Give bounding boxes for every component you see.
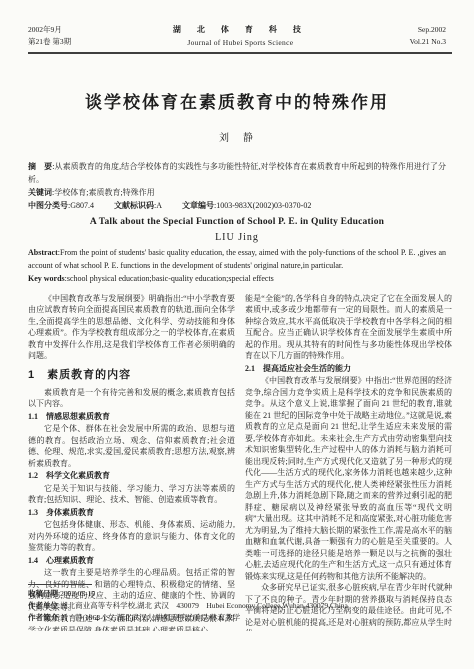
footnote-block: 收稿日期:2002-05-10 作者单位:湖北商业高等专科学校,湖北 武汉 43… [28,584,448,624]
body-paragraph: 素质教育是一个有待完善和发展的概念,素质教育包括以下内容。 [28,387,235,410]
header-date-cn: 2002年9月 [28,24,71,36]
footnote-divider [28,584,92,585]
received-date-value: :2002-05-10 [58,589,95,598]
article-id-value: :1003-983X(2002)03-0370-02 [214,201,311,210]
keywords-en: Key words:school physical education;basi… [28,272,446,285]
keywords-label-en: Key words [28,274,65,283]
author-bio-value: :刘 静(1963-),女,湖北武汉人,讲师,研究方向为体育教学 [58,613,240,622]
keywords-label-cn: 关键词 [28,188,52,197]
article-author-en: LIU Jing [28,231,446,244]
article-id: 文章编号:1003-983X(2002)03-0370-02 [182,201,311,210]
abstract-cn: 摘 要:从素质教育的角度,结合学校体育的实践性与多功能性特征,对学校体育在素质教… [28,160,446,186]
affiliation-value: :湖北商业高等专科学校,湖北 武汉 430079 Hubei Economy C… [58,601,348,610]
header-volume-cn: 第21卷 第3期 [28,36,71,48]
body-left-column: 《中国教育改革与发展纲要》明确指出:“中小学教育要由应试教育转向全面提高国民素质… [28,293,235,631]
body-paragraph: 《中国教育改革与发展纲要》明确指出:“中小学教育要由应试教育转向全面提高国民素质… [28,293,235,362]
keywords-text-en: :school physical education;basic-quality… [65,274,274,283]
journal-header: 2002年9月 第21卷 第3期 湖 北 体 育 科 技 Journal of … [28,24,446,49]
received-date-label: 收稿日期 [28,589,58,598]
clc-value: :G807.4 [68,201,94,210]
author-bio-label: 作者简介 [28,613,58,622]
section-heading: 1 素质教育的内容 [28,368,235,382]
body-paragraph: 它是个体、群体在社会发展中所需的政治、思想与道德的教育。包括政治立场、观念、信仰… [28,423,235,469]
section-heading: 2.1 提高适应社会生活的能力 [245,363,452,375]
chinese-meta-block: 摘 要:从素质教育的角度,结合学校体育的实践性与多功能性特征,对学校体育在素质教… [28,160,446,212]
affiliation-line: 作者单位:湖北商业高等专科学校,湖北 武汉 430079 Hubei Econo… [28,600,448,612]
abstract-text-cn: :从素质教育的角度,结合学校体育的实践性与多功能性特征,对学校体育在素质教育中所… [28,162,446,184]
header-volume-en: Vol.21 No.3 [410,36,446,48]
article-title: 谈学校体育在素质教育中的特殊作用 [28,88,446,113]
article-id-label: 文章编号 [182,201,214,210]
article-title-en: A Talk about the Special Function of Sch… [28,216,446,229]
received-date-line: 收稿日期:2002-05-10 [28,588,448,600]
keywords-cn: 关键词:学校体育;素质教育;特殊作用 [28,186,446,199]
journal-title-cn: 湖 北 体 育 科 技 [173,24,308,37]
doc-code-label: 文献标识码 [114,201,154,210]
body-paragraph: 它是关于知识与技能、学习能力、学习方法等素质的教育;包括知识、理论、技术、智能、… [28,483,235,506]
article-body: 《中国教育改革与发展纲要》明确指出:“中小学教育要由应试教育转向全面提高国民素质… [28,293,452,631]
body-paragraph: 能是“全能”的,各学科自身的特点,决定了它在全面发展人的素质中,或多或少地都带有… [245,293,452,362]
abstract-text-en: :From the point of students' basic quali… [28,248,446,270]
english-meta-block: A Talk about the Special Function of Sch… [28,216,446,285]
section-heading: 1.2 科学文化素质教育 [28,470,235,482]
header-issue-info-en: Sep.2002 Vol.21 No.3 [410,24,446,48]
journal-title-en: Journal of Hubei Sports Science [173,37,308,49]
body-paragraph: 《中国教育改革与发展纲要》中指出:“世界范围的经济竞争,综合国力竞争实质上是科学… [245,375,452,582]
header-issue-info-cn: 2002年9月 第21卷 第3期 [28,24,71,48]
document-code: 文献标识码:A [114,201,162,210]
abstract-label-en: Abstract [28,248,58,257]
article-author: 刘 静 [0,129,474,144]
section-heading: 1.4 心理素质教育 [28,555,235,567]
affiliation-label: 作者单位 [28,601,58,610]
abstract-en: Abstract:From the point of students' bas… [28,246,446,272]
clc-label: 中图分类号 [28,201,68,210]
header-journal-name: 湖 北 体 育 科 技 Journal of Hubei Sports Scie… [173,24,308,49]
journal-page: 2002年9月 第21卷 第3期 湖 北 体 育 科 技 Journal of … [0,0,474,669]
classification-line: 中图分类号:G807.4 文献标识码:A 文章编号:1003-983X(2002… [28,199,446,212]
body-paragraph: 它包括身体健康、形态、机能、身体素质、运动能力,对内外环境的适应、终身体育的意识… [28,519,235,554]
section-heading: 1.3 身体素质教育 [28,507,235,519]
section-heading: 1.1 情感思想素质教育 [28,411,235,423]
body-right-column: 能是“全能”的,各学科自身的特点,决定了它在全面发展人的素质中,或多或少地都带有… [245,293,452,631]
abstract-label-cn: 摘 要 [28,162,52,171]
doc-code-value: :A [154,201,162,210]
header-divider [28,52,452,54]
author-bio-line: 作者简介:刘 静(1963-),女,湖北武汉人,讲师,研究方向为体育教学 [28,612,448,624]
clc-number: 中图分类号:G807.4 [28,201,94,210]
header-date-en: Sep.2002 [410,24,446,36]
keywords-text-cn: :学校体育;素质教育;特殊作用 [52,188,155,197]
